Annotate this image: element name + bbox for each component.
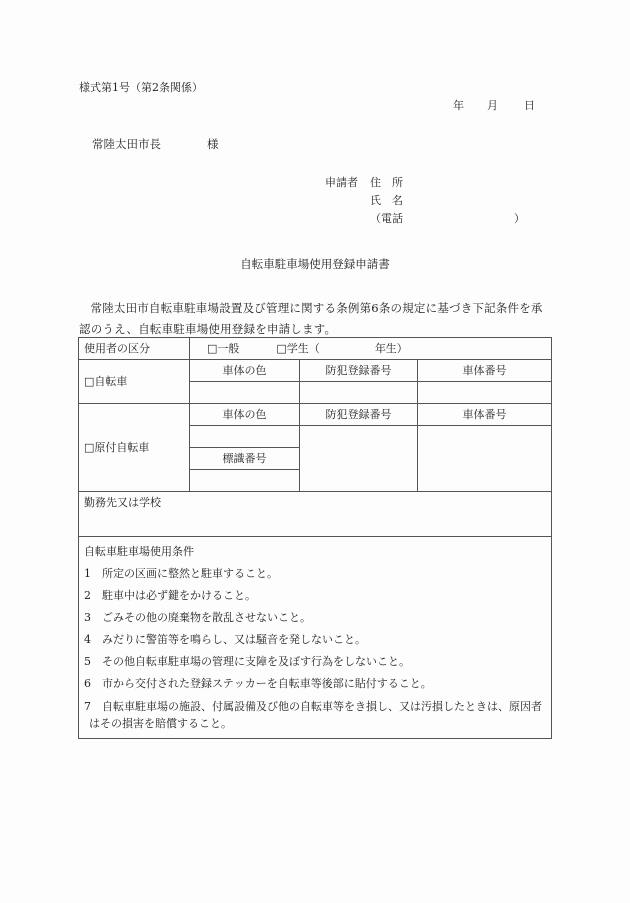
conditions-title: 自転車駐車場使用条件: [84, 541, 546, 563]
condition-item: 7 自転車駐車場の施設、付属設備及び他の自転車等をき損し、又は汚損したときは、原…: [84, 695, 546, 732]
moped-color-header: 車体の色: [190, 404, 300, 426]
applicant-phone-close: ）: [514, 213, 525, 224]
intro-paragraph: 常陸太田市自転車駐車場設置及び管理に関する条例第6条の規定に基づき下記条件を承認…: [79, 298, 551, 340]
date-month-label: 月: [487, 100, 498, 111]
bicycle-security-no-header: 防犯登録番号: [300, 360, 418, 382]
form-number: 様式第1号（第2条関係）: [79, 82, 203, 93]
moped-color-field[interactable]: [190, 426, 300, 448]
condition-item: 3 ごみその他の廃棄物を散乱させないこと。: [84, 607, 546, 629]
user-category-label: 使用者の区分: [79, 338, 190, 360]
moped-security-no-header: 防犯登録番号: [300, 404, 418, 426]
document-title: 自転車駐車場使用登録申請書: [0, 259, 630, 271]
moped-body-no-field[interactable]: [418, 426, 552, 492]
workplace-cell[interactable]: 勤務先又は学校: [79, 492, 552, 537]
bicycle-body-no-field[interactable]: [418, 382, 552, 404]
applicant-address-label: 住 所: [370, 177, 403, 188]
conditions-section: 自転車駐車場使用条件 1 所定の区画に整然と駐車すること。 2 駐車中は必ず鍵を…: [79, 537, 552, 739]
bicycle-color-field[interactable]: [190, 382, 300, 404]
bicycle-body-no-header: 車体番号: [418, 360, 552, 382]
moped-checkbox[interactable]: □原付自転車: [79, 404, 190, 492]
addressee-honorific: 様: [207, 139, 219, 151]
moped-plate-field[interactable]: [190, 470, 300, 492]
condition-item: 4 みだりに警笛等を鳴らし、又は騒音を発しないこと。: [84, 629, 546, 651]
moped-plate-header: 標識番号: [190, 448, 300, 470]
student-grade-label: 年生）: [375, 342, 408, 355]
moped-body-no-header: 車体番号: [418, 404, 552, 426]
checkbox-student[interactable]: □学生（: [276, 342, 319, 355]
bicycle-checkbox[interactable]: □自転車: [79, 360, 190, 404]
addressee: 常陸太田市長: [92, 139, 161, 151]
moped-security-no-field[interactable]: [300, 426, 418, 492]
condition-item: 6 市から交付された登録ステッカーを自転車等後部に貼付すること。: [84, 673, 546, 695]
workplace-label: 勤務先又は学校: [84, 497, 546, 508]
applicant-name-label: 氏 名: [370, 195, 403, 206]
applicant-label: 申請者: [325, 177, 358, 188]
checkbox-general[interactable]: □一般: [207, 342, 239, 355]
applicant-phone-open: （電話: [370, 213, 403, 224]
application-form-table: 使用者の区分 □一般 □学生（ 年生） □自転車 車体の色 防犯登録番号 車体番…: [78, 337, 552, 739]
date-year-label: 年: [453, 100, 464, 111]
condition-item: 5 その他自転車駐車場の管理に支障を及ぼす行為をしないこと。: [84, 651, 546, 673]
bicycle-security-no-field[interactable]: [300, 382, 418, 404]
user-category-options: □一般 □学生（ 年生）: [190, 338, 552, 360]
date-day-label: 日: [524, 100, 535, 111]
bicycle-color-header: 車体の色: [190, 360, 300, 382]
condition-item: 2 駐車中は必ず鍵をかけること。: [84, 585, 546, 607]
condition-item: 1 所定の区画に整然と駐車すること。: [84, 563, 546, 585]
